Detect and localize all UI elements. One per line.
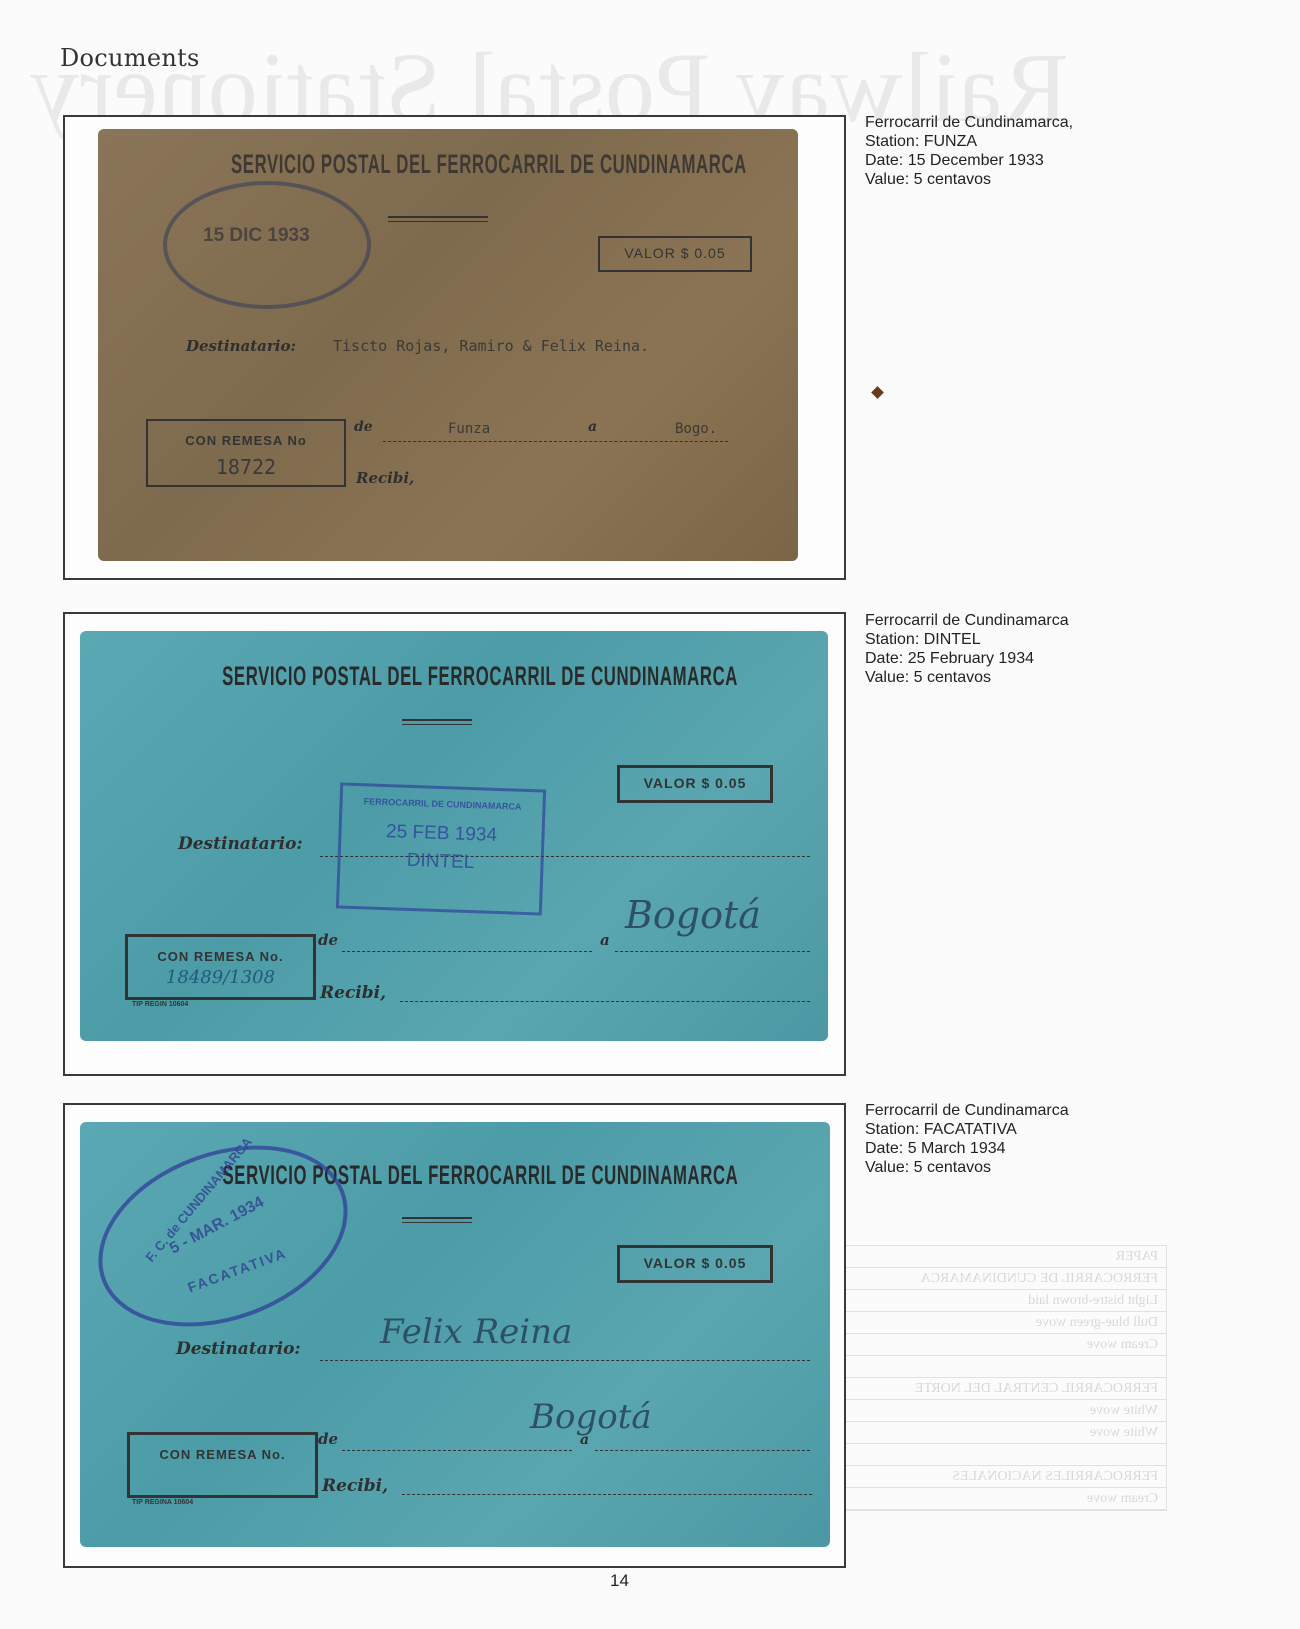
remesa-number: 18722 [148,455,344,479]
a-value: Bogotá [530,1397,652,1437]
caption-station: Station: DINTEL [865,630,1069,649]
envelope-header: SERVICIO POSTAL DEL FERROCARRIL DE CUNDI… [222,661,686,692]
caption-facatativa: Ferrocarril de Cundinamarca Station: FAC… [865,1101,1069,1177]
destinatario-value: Tiscto Rojas, Ramiro & Felix Reina. [333,337,649,355]
show-through-row: Light bistre-brown laid [841,1290,1166,1312]
remesa-label: CON REMESA No. [128,949,313,964]
destinatario-label: Destinatario: [186,337,296,355]
remesa-label: CON REMESA No [148,433,344,448]
recibi-label: Recibi, [320,983,386,1003]
show-through-table: PAPERFERROCARRIL DE CUNDINAMARCALight bi… [840,1245,1167,1511]
caption-railway: Ferrocarril de Cundinamarca [865,1101,1069,1120]
de-value: Funza [448,421,490,437]
caption-dintel: Ferrocarril de Cundinamarca Station: DIN… [865,611,1069,687]
show-through-row: White wove [841,1400,1166,1422]
show-through-row: Cream wove [841,1334,1166,1356]
caption-value: Value: 5 centavos [865,1158,1069,1177]
caption-station: Station: FUNZA [865,132,1073,151]
remesa-box: CON REMESA No. 18489/1308 [125,934,316,1000]
a-label: a [588,419,597,435]
a-line [615,951,810,952]
destinatario-label: Destinatario: [176,1339,301,1359]
header-rule [388,216,488,222]
show-through-row [841,1444,1166,1466]
show-through-row: Dull blue-green wove [841,1312,1166,1334]
show-through-row: PAPER [841,1246,1166,1268]
page-number: 14 [610,1571,629,1591]
recibi-label: Recibi, [356,469,414,487]
a-value: Bogotá [625,893,761,937]
de-label: de [318,1430,338,1448]
a-value: Bogo. [675,421,717,437]
valor-box: VALOR $ 0.05 [617,1245,773,1283]
a-line [595,1450,810,1451]
destinatario-line [320,1360,810,1361]
show-through-row: FERROCARRIL CENTRAL DEL NORTE [841,1378,1166,1400]
show-through-row: FERROCARRILES NACIONALES [841,1466,1166,1488]
caption-value: Value: 5 centavos [865,668,1069,687]
stamp-date: 25 FEB 1934 [341,820,542,849]
show-through-row: FERROCARRIL DE CUNDINAMARCA [841,1268,1166,1290]
caption-date: Date: 15 December 1933 [865,151,1073,170]
caption-railway: Ferrocarril de Cundinamarca, [865,113,1073,132]
printer-imprint: TIP REGINA 10604 [132,1499,193,1506]
destinatario-label: Destinatario: [178,834,303,854]
caption-railway: Ferrocarril de Cundinamarca [865,611,1069,630]
stamp-station: DINTEL [340,848,541,877]
header-rule [402,719,472,725]
de-label: de [318,931,338,949]
envelope-funza: SERVICIO POSTAL DEL FERROCARRIL DE CUNDI… [98,129,798,561]
bullet-diamond-icon [871,386,884,399]
remesa-box: CON REMESA No. [127,1432,318,1498]
recibi-line [400,1001,810,1002]
envelope-header: SERVICIO POSTAL DEL FERROCARRIL DE CUNDI… [231,149,665,180]
postmark-date: 15 DIC 1933 [203,225,310,247]
caption-station: Station: FACATATIVA [865,1120,1069,1139]
remesa-label: CON REMESA No. [130,1447,315,1462]
remesa-box: CON REMESA No 18722 [146,419,346,487]
stamp-railway: FERROCARRIL DE CUNDINAMARCA [342,796,542,813]
de-line [383,441,728,442]
caption-date: Date: 25 February 1934 [865,649,1069,668]
valor-box: VALOR $ 0.05 [598,236,752,272]
document-frame-funza: SERVICIO POSTAL DEL FERROCARRIL DE CUNDI… [63,115,846,580]
de-line [342,951,592,952]
recibi-label: Recibi, [322,1476,388,1496]
recibi-line [402,1494,812,1495]
destinatario-value: Felix Reina [380,1312,572,1352]
show-through-row [841,1356,1166,1378]
remesa-number: 18489/1308 [128,967,313,988]
railway-datestamp: FERROCARRIL DE CUNDINAMARCA 25 FEB 1934 … [336,782,546,915]
section-title: Documents [60,44,200,72]
printer-imprint: TIP REGIN 10604 [132,1001,188,1008]
show-through-row: Cream wove [841,1488,1166,1510]
header-rule [402,1217,472,1223]
caption-date: Date: 5 March 1934 [865,1139,1069,1158]
caption-value: Value: 5 centavos [865,170,1073,189]
de-label: de [354,419,373,435]
document-frame-facatativa: SERVICIO POSTAL DEL FERROCARRIL DE CUNDI… [63,1103,846,1568]
a-label: a [600,931,610,949]
document-frame-dintel: SERVICIO POSTAL DEL FERROCARRIL DE CUNDI… [63,612,846,1076]
caption-funza: Ferrocarril de Cundinamarca, Station: FU… [865,113,1073,189]
valor-box: VALOR $ 0.05 [617,765,773,803]
show-through-row: White wove [841,1422,1166,1444]
envelope-dintel: SERVICIO POSTAL DEL FERROCARRIL DE CUNDI… [80,631,828,1041]
envelope-facatativa: SERVICIO POSTAL DEL FERROCARRIL DE CUNDI… [80,1122,830,1547]
de-line [342,1450,572,1451]
